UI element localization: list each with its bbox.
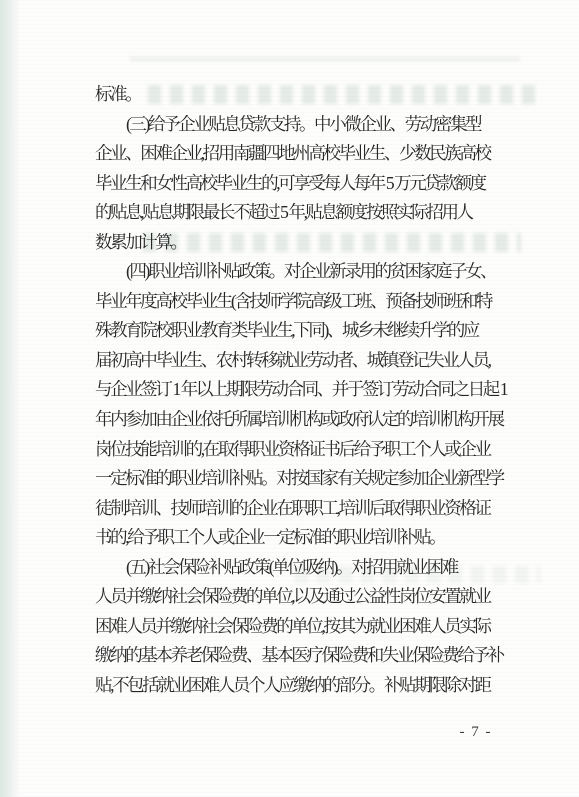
scan-smudge-artifact [130,57,520,61]
text-line: 的贴息,贴息期限最长不超过 5 年,贴息额度按照实际招用人 [95,198,495,228]
document-text-block: 标准。(三)给予企业贴息贷款支持。中小微企业、劳动密集型企业、困难企业,招用南疆… [95,80,495,700]
text-line: 年内参加由企业依托所属培训机构或政府认定的培训机构开展 [95,405,495,435]
text-line: 与企业签订 1 年以上期限劳动合同、并于签订劳动合同之日起 1 [95,375,495,405]
scan-edge-band [0,0,20,797]
page-number: - 7 - [428,724,492,741]
text-line: (五)社会保险补贴政策(单位吸纳)。对招用就业困难 [95,553,495,583]
text-line: 困难人员并缴纳社会保险费的单位,按其为就业困难人员实际 [95,612,495,642]
text-line: (三)给予企业贴息贷款支持。中小微企业、劳动密集型 [95,110,495,140]
text-line: 缴纳的基本养老保险费、基本医疗保险费和失业保险费给予补 [95,641,495,671]
text-line: 数累加计算。 [95,228,495,258]
text-line: 人员并缴纳社会保险费的单位,以及通过公益性岗位安置就业 [95,582,495,612]
text-line: 标准。 [95,80,495,110]
text-line: 贴,不包括就业困难人员个人应缴纳的部分。补贴期限除对距 [95,671,495,701]
scanned-document-page: 标准。(三)给予企业贴息贷款支持。中小微企业、劳动密集型企业、困难企业,招用南疆… [0,0,579,797]
text-line: 企业、困难企业,招用南疆四地州高校毕业生、少数民族高校 [95,139,495,169]
text-line: 岗位技能培训的,在取得职业资格证书后给予职工个人或企业 [95,435,495,465]
text-line: 书的,给予职工个人或企业一定标准的职业培训补贴。 [95,523,495,553]
text-line: 殊教育院校职业教育类毕业生,下同)、城乡未继续升学的应 [95,316,495,346]
text-line: 毕业生和女性高校毕业生的,可享受每人每年 5 万元贷款额度 [95,169,495,199]
text-line: (四)职业培训补贴政策。对企业新录用的贫困家庭子女、 [95,257,495,287]
text-line: 一定标准的职业培训补贴。对按国家有关规定参加企业新型学 [95,464,495,494]
text-line: 徒制培训、技师培训的企业在职职工,培训后取得职业资格证 [95,494,495,524]
text-line: 届初高中毕业生、农村转移就业劳动者、城镇登记失业人员, [95,346,495,376]
text-line: 毕业年度高校毕业生(含技师学院高级工班、预备技师班和特 [95,287,495,317]
